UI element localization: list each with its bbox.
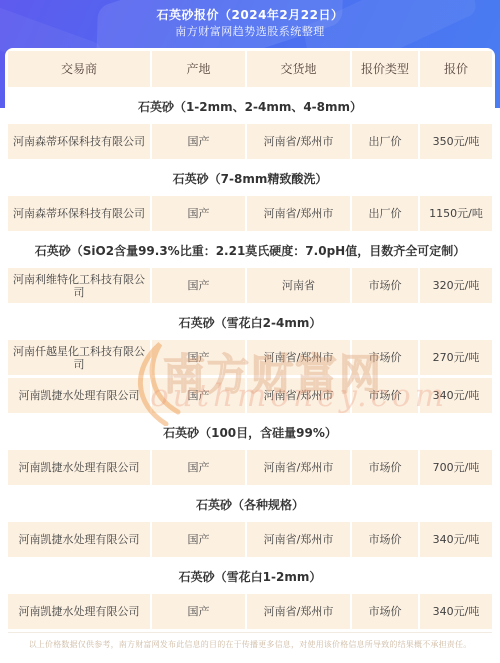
page-title: 石英砂报价（2024年2月22日）	[0, 8, 500, 22]
section-header: 石英砂（各种规格）	[8, 488, 492, 521]
table-row: 河南森蒂环保科技有限公司国产河南省/郑州市出厂价1150元/吨	[8, 196, 492, 231]
price-table-card: 交易商 产地 交货地 报价类型 报价 石英砂（1-2mm、2-4mm、4-8mm…	[5, 48, 495, 663]
table-cell: 国产	[152, 378, 245, 413]
table-cell: 河南省	[247, 268, 350, 303]
table-cell: 340元/吨	[420, 594, 492, 629]
column-header-trader: 交易商	[8, 51, 150, 87]
table-cell: 市场价	[352, 340, 418, 375]
table-cell: 国产	[152, 196, 245, 231]
table-cell: 市场价	[352, 378, 418, 413]
table-cell: 340元/吨	[420, 522, 492, 557]
section-header: 石英砂（1-2mm、2-4mm、4-8mm）	[8, 90, 492, 123]
table-row: 河南利维特化工科技有限公司国产河南省市场价320元/吨	[8, 268, 492, 303]
table-cell: 河南省/郑州市	[247, 124, 350, 159]
table-row: 河南森蒂环保科技有限公司国产河南省/郑州市出厂价350元/吨	[8, 124, 492, 159]
table-cell: 出厂价	[352, 124, 418, 159]
column-header-origin: 产地	[152, 51, 245, 87]
table-cell: 350元/吨	[420, 124, 492, 159]
price-table-body: 石英砂（1-2mm、2-4mm、4-8mm）河南森蒂环保科技有限公司国产河南省/…	[8, 90, 492, 629]
table-cell: 河南森蒂环保科技有限公司	[8, 124, 150, 159]
table-cell: 国产	[152, 594, 245, 629]
section-header: 石英砂（雪花白2-4mm）	[8, 306, 492, 339]
table-cell: 市场价	[352, 268, 418, 303]
table-cell: 河南省/郑州市	[247, 378, 350, 413]
section-header: 石英砂（SiO2含量99.3%比重：2.21莫氏硬度：7.0pH值，目数齐全可定…	[8, 234, 492, 267]
page-subtitle: 南方财富网趋势选股系统整理	[0, 25, 500, 38]
section-header: 石英砂（7-8mm精致酸洗）	[8, 162, 492, 195]
table-cell: 国产	[152, 450, 245, 485]
table-cell: 河南利维特化工科技有限公司	[8, 268, 150, 303]
table-row: 河南凯捷水处理有限公司国产河南省/郑州市市场价700元/吨	[8, 450, 492, 485]
table-cell: 河南仟越星化工科技有限公司	[8, 340, 150, 375]
column-header-price: 报价	[420, 51, 492, 87]
table-cell: 320元/吨	[420, 268, 492, 303]
table-cell: 国产	[152, 268, 245, 303]
table-cell: 河南省/郑州市	[247, 340, 350, 375]
table-cell: 市场价	[352, 450, 418, 485]
disclaimer-text: 以上价格数据仅供参考，南方财富网发布此信息的目的在于传播更多信息，对使用该价格信…	[8, 632, 492, 650]
table-cell: 1150元/吨	[420, 196, 492, 231]
table-cell: 河南省/郑州市	[247, 450, 350, 485]
column-header-delivery: 交货地	[247, 51, 350, 87]
table-row: 河南凯捷水处理有限公司国产河南省/郑州市市场价340元/吨	[8, 594, 492, 629]
banner-titles: 石英砂报价（2024年2月22日） 南方财富网趋势选股系统整理	[0, 0, 500, 38]
table-cell: 700元/吨	[420, 450, 492, 485]
table-header-row: 交易商 产地 交货地 报价类型 报价	[8, 51, 492, 87]
table-cell: 河南森蒂环保科技有限公司	[8, 196, 150, 231]
table-cell: 出厂价	[352, 196, 418, 231]
table-row: 河南凯捷水处理有限公司国产河南省/郑州市市场价340元/吨	[8, 378, 492, 413]
table-row: 河南凯捷水处理有限公司国产河南省/郑州市市场价340元/吨	[8, 522, 492, 557]
table-cell: 河南凯捷水处理有限公司	[8, 450, 150, 485]
section-header: 石英砂（100目，含硅量99%）	[8, 416, 492, 449]
table-cell: 340元/吨	[420, 378, 492, 413]
table-cell: 市场价	[352, 594, 418, 629]
table-cell: 河南凯捷水处理有限公司	[8, 594, 150, 629]
table-cell: 市场价	[352, 522, 418, 557]
column-header-quote-type: 报价类型	[352, 51, 418, 87]
table-cell: 河南凯捷水处理有限公司	[8, 522, 150, 557]
table-cell: 河南省/郑州市	[247, 522, 350, 557]
table-cell: 河南省/郑州市	[247, 594, 350, 629]
table-cell: 270元/吨	[420, 340, 492, 375]
table-cell: 河南凯捷水处理有限公司	[8, 378, 150, 413]
table-cell: 国产	[152, 340, 245, 375]
table-cell: 河南省/郑州市	[247, 196, 350, 231]
section-header: 石英砂（雪花白1-2mm）	[8, 560, 492, 593]
table-cell: 国产	[152, 522, 245, 557]
table-cell: 国产	[152, 124, 245, 159]
table-row: 河南仟越星化工科技有限公司国产河南省/郑州市市场价270元/吨	[8, 340, 492, 375]
